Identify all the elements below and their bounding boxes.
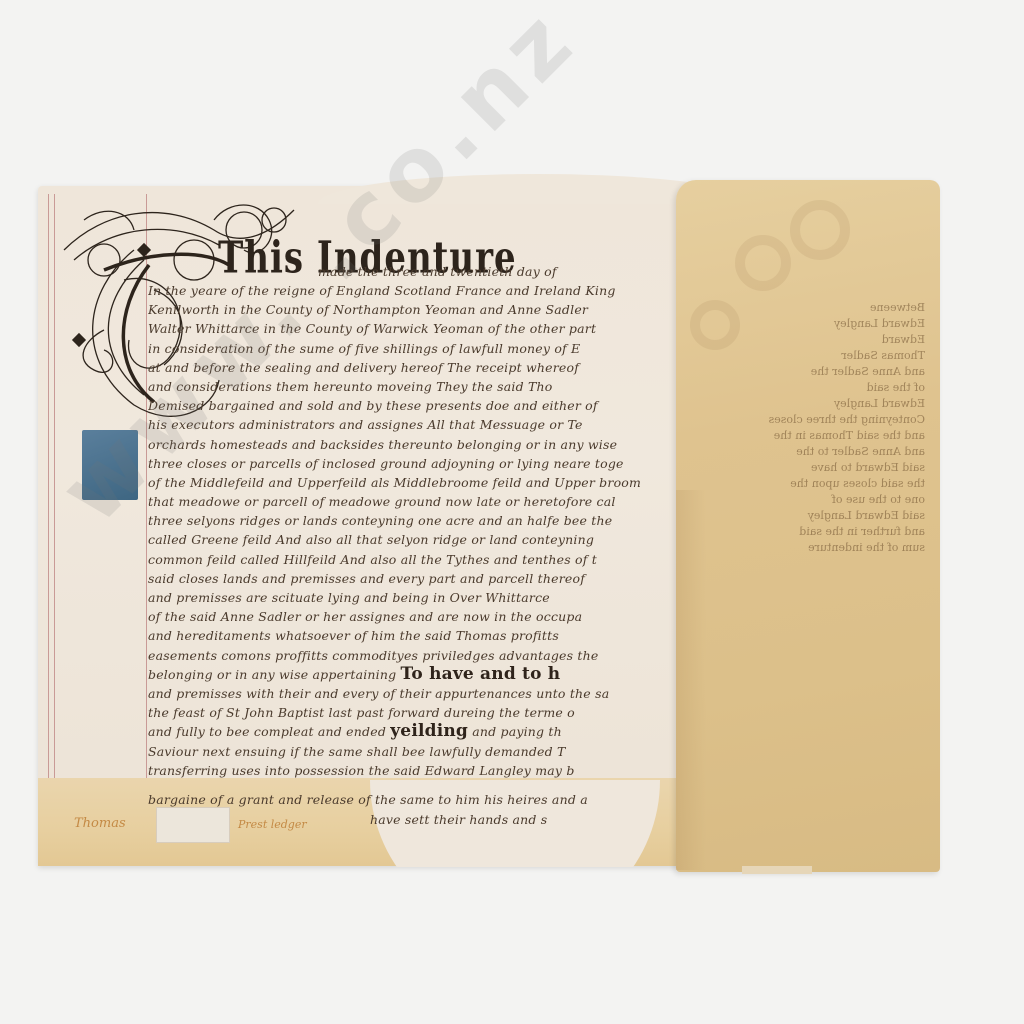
endorsement-line: and further in the said <box>720 524 925 540</box>
closing-line: have sett their hands and s <box>370 810 660 829</box>
text-line: of the Middlefeild and Upperfeild als Mi… <box>148 473 674 492</box>
text-line: in consideration of the sume of five shi… <box>148 339 674 358</box>
endorsement-line: Edward Langley <box>720 396 925 412</box>
endorsement-line: Edward Langley <box>720 316 925 332</box>
text-line-part: and paying th <box>472 724 562 739</box>
text-line-part: and fully to bee compleat and ended <box>148 724 386 739</box>
text-line: Kenilworth in the County of Northampton … <box>148 300 674 319</box>
signature-thomas: Thomas <box>74 816 126 831</box>
text-line: Saviour next ensuing if the same shall b… <box>148 742 674 761</box>
endorsement-line: and the said Thomas in the <box>720 428 925 444</box>
text-line: belonging or in any wise appertaining To… <box>148 665 674 684</box>
text-line: In the yeare of the reigne of England Sc… <box>148 281 674 300</box>
endorsement-line: and Anne Sadler to the <box>720 444 925 460</box>
stain-ring <box>735 235 791 291</box>
seal-tag <box>156 807 230 843</box>
indenture-body-text: In the yeare of the reigne of England Sc… <box>148 281 674 780</box>
document-photo: This Indenture made the three and twenti… <box>0 0 1024 1024</box>
endorsement-line: the said closes upon the <box>720 476 925 492</box>
text-line: transferring uses into possession the sa… <box>148 761 674 780</box>
endorsement-line: Conteyning the three closes <box>720 412 925 428</box>
endorsement-line: said Edward to have <box>720 460 925 476</box>
yeilding-emphasis: yeilding <box>390 722 468 741</box>
endorsement-line: of the said <box>720 380 925 396</box>
text-line: called Greene feild And also all that se… <box>148 530 674 549</box>
text-line: his executors administrators and assigne… <box>148 415 674 434</box>
to-have-emphasis: To have and to h <box>401 665 561 684</box>
endorsement-line: said Edward Langley <box>720 508 925 524</box>
panel-fold-crease <box>676 490 706 870</box>
text-line: that meadowe or parcell of meadowe groun… <box>148 492 674 511</box>
stain-ring <box>790 200 850 260</box>
text-line: orchards homesteads and backsides thereu… <box>148 435 674 454</box>
text-line-part: belonging or in any wise appertaining <box>148 667 396 682</box>
endorsement-text: Betweene Edward Langley Edward Thomas Sa… <box>720 300 925 556</box>
endorsement-line: Betweene <box>720 300 925 316</box>
text-line: and hereditaments whatsoever of him the … <box>148 626 674 645</box>
endorsement-line: one to the use of <box>720 492 925 508</box>
signature-second: Prest ledger <box>238 818 307 831</box>
endorsement-line: and Anne Sadler the <box>720 364 925 380</box>
text-line: and considerations them hereunto moveing… <box>148 377 674 396</box>
text-line: three closes or parcells of inclosed gro… <box>148 454 674 473</box>
text-line: Walter Whittarce in the County of Warwic… <box>148 319 674 338</box>
text-line: of the said Anne Sadler or her assignes … <box>148 607 674 626</box>
text-line: easements comons proffitts commodityes p… <box>148 646 674 665</box>
text-line: and fully to bee compleat and ended yeil… <box>148 722 674 741</box>
opening-line: made the three and twentieth day of <box>318 262 674 281</box>
endorsement-line: Edward <box>720 332 925 348</box>
text-line: common feild called Hillfeild And also a… <box>148 550 674 569</box>
text-line: at and before the sealing and delivery h… <box>148 358 674 377</box>
text-line: said closes lands and premisses and ever… <box>148 569 674 588</box>
text-line: and premisses are scituate lying and bei… <box>148 588 674 607</box>
endorsement-line: sum of the indenture <box>720 540 925 556</box>
panel-bottom-tab <box>742 866 812 874</box>
text-line: and premisses with their and every of th… <box>148 684 674 703</box>
text-line: three selyons ridges or lands conteyning… <box>148 511 674 530</box>
text-line: Demised bargained and sold and by these … <box>148 396 674 415</box>
endorsement-line: Thomas Sadler <box>720 348 925 364</box>
text-line: the feast of St John Baptist last past f… <box>148 703 674 722</box>
blue-seal-paper <box>82 430 138 500</box>
